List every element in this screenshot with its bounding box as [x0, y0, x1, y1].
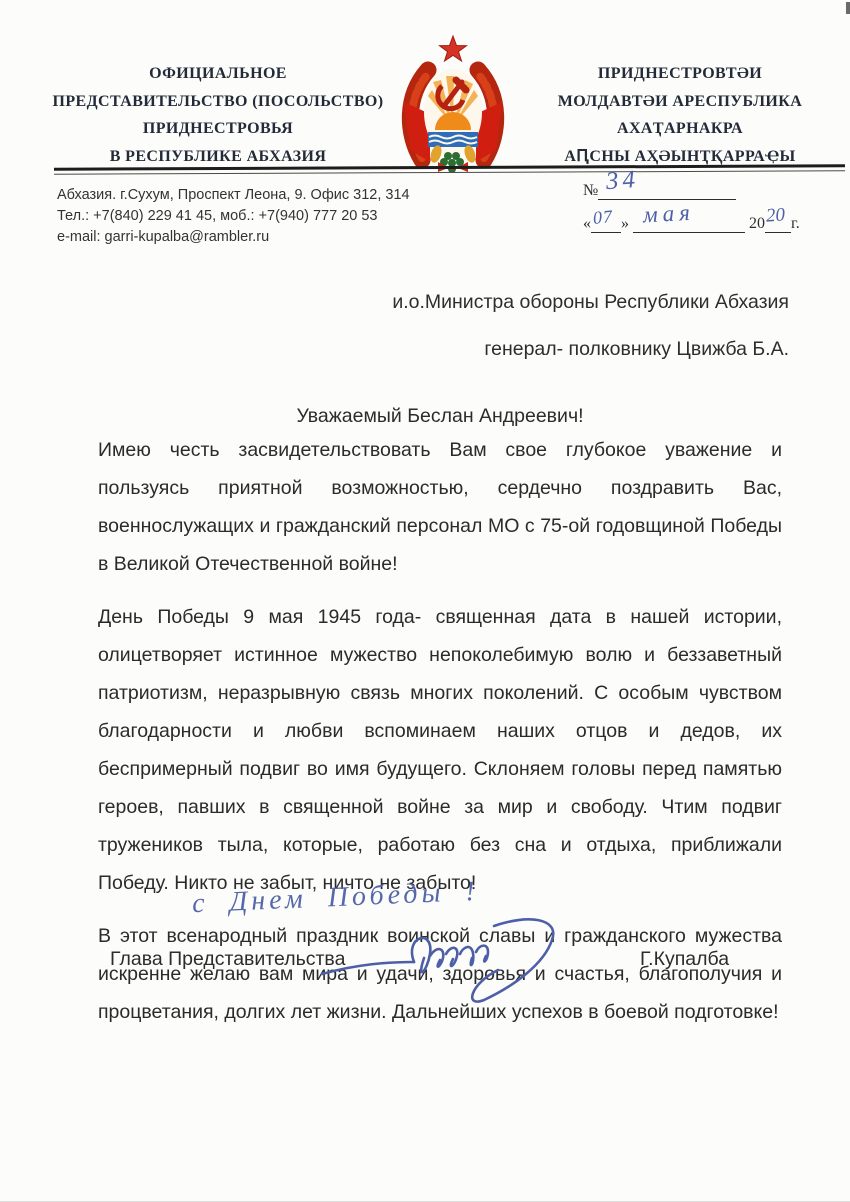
- org-name-line: МОЛДАВТӘИ АРЕСПУБЛИКА: [512, 88, 848, 116]
- scan-artifact-corner: [846, 2, 850, 14]
- month-underline: мая: [633, 213, 745, 233]
- number-underline: 34: [598, 180, 736, 200]
- org-name-line: ПРИДНЕСТРОВЬЯ: [42, 115, 394, 143]
- contact-email: e-mail: garri-kupalba@rambler.ru: [57, 227, 410, 248]
- handwritten-month: мая: [642, 200, 695, 229]
- contact-address: Абхазия. г.Сухум, Проспект Леона, 9. Офи…: [57, 185, 410, 206]
- org-name-line: ОФИЦИАЛЬНОЕ: [42, 60, 394, 88]
- handwritten-year: 20: [765, 204, 785, 227]
- signature-scribble: [318, 912, 618, 1012]
- recipient-line-1: и.о.Министра обороны Республики Абхазия: [300, 291, 789, 314]
- signer-name: Г.Купалба: [640, 948, 729, 971]
- org-name-russian: ОФИЦИАЛЬНОЕ ПРЕДСТАВИТЕЛЬСТВО (ПОСОЛЬСТВ…: [42, 60, 394, 170]
- recipient-line-2: генерал- полковнику Цвижба Б.А.: [300, 338, 789, 361]
- day-underline: 07: [591, 213, 621, 233]
- handwritten-number: 34: [605, 166, 640, 196]
- year-prefix: 20: [749, 215, 765, 232]
- year-underline: 20: [765, 213, 791, 233]
- recipient-block: и.о.Министра обороны Республики Абхазия …: [300, 291, 789, 385]
- coat-of-arms-transnistria-icon: [398, 34, 508, 174]
- paragraph-1: Имею честь засвидетельствовать Вам свое …: [98, 431, 782, 583]
- paragraph-2: День Победы 9 мая 1945 года- священная д…: [98, 598, 782, 902]
- handwritten-day: 07: [592, 206, 614, 229]
- quote-open: «: [583, 215, 591, 232]
- number-label: №: [583, 182, 598, 199]
- contact-block: Абхазия. г.Сухум, Проспект Леона, 9. Офи…: [57, 185, 410, 248]
- signer-title: Глава Представительства: [110, 948, 345, 971]
- org-name-line: ПРЕДСТАВИТЕЛЬСТВО (ПОСОЛЬСТВО): [42, 88, 394, 116]
- salutation: Уважаемый Беслан Андреевич!: [98, 405, 782, 428]
- org-name-line: ПРИДНЕСТРОВТӘИ: [512, 60, 848, 88]
- scanned-letter-page: ОФИЦИАЛЬНОЕ ПРЕДСТАВИТЕЛЬСТВО (ПОСОЛЬСТВ…: [0, 0, 850, 1202]
- reference-date-row: «07» мая 2020г.: [583, 213, 843, 246]
- reference-block: №34 «07» мая 2020г.: [583, 180, 843, 246]
- contact-phone: Тел.: +7(840) 229 41 45, моб.: +7(940) 7…: [57, 206, 410, 227]
- quote-close: »: [621, 215, 629, 232]
- org-name-line: АХАҬАРНАКРА: [512, 115, 848, 143]
- year-suffix: г.: [791, 215, 800, 232]
- org-name-abkhaz: ПРИДНЕСТРОВТӘИ МОЛДАВТӘИ АРЕСПУБЛИКА АХА…: [512, 60, 848, 170]
- reference-number-row: №34: [583, 180, 843, 213]
